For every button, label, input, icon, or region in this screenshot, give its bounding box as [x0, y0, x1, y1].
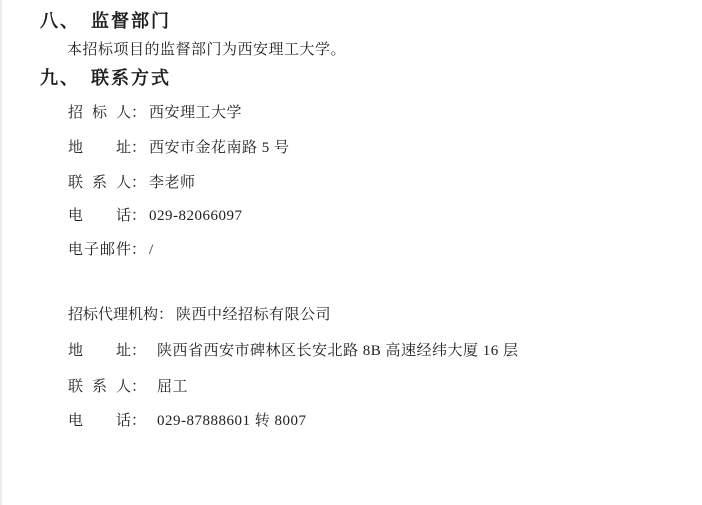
field-value: 西安市金花南路 5 号: [149, 138, 290, 158]
document-page: 八、 监督部门 本招标项目的监督部门为西安理工大学。 九、 联系方式 招标人：西…: [0, 0, 702, 505]
row-tenderer-name: 招标人：西安理工大学: [68, 103, 242, 123]
field-value: 西安理工大学: [149, 103, 242, 123]
colon-separator: ：: [131, 173, 146, 193]
colon-separator: ：: [131, 206, 146, 226]
field-label: 招标代理机构: [68, 305, 158, 325]
row-agency-address: 地址：陕西省西安市碑林区长安北路 8B 高速经纬大厦 16 层: [68, 341, 519, 361]
field-label: 地址: [68, 341, 131, 361]
row-agency-contact: 联系人：屈工: [68, 377, 188, 397]
colon-separator: ：: [158, 305, 173, 325]
row-agency-phone: 电话：029-87888601 转 8007: [68, 411, 307, 431]
field-label: 招标人: [68, 103, 131, 123]
row-tenderer-address: 地址：西安市金花南路 5 号: [68, 138, 290, 158]
field-label: 联系人: [68, 377, 131, 397]
colon-separator: ：: [131, 240, 146, 260]
field-value: 陕西省西安市碑林区长安北路 8B 高速经纬大厦 16 层: [157, 341, 519, 361]
colon-separator: ：: [131, 103, 146, 123]
field-label: 电话: [68, 411, 131, 431]
field-label: 电子邮件: [68, 240, 131, 260]
field-label: 联系人: [68, 173, 131, 193]
field-value: 陕西中经招标有限公司: [176, 305, 331, 325]
field-value: 029-87888601 转 8007: [157, 411, 307, 431]
colon-separator: ：: [131, 138, 146, 158]
row-agency-name: 招标代理机构：陕西中经招标有限公司: [68, 305, 331, 325]
colon-separator: ：: [131, 411, 146, 431]
field-value: /: [149, 240, 154, 260]
scan-edge-artifact: [0, 0, 2, 505]
colon-separator: ：: [131, 341, 146, 361]
row-tenderer-contact: 联系人：李老师: [68, 173, 196, 193]
row-tenderer-email: 电子邮件：/: [68, 240, 154, 260]
field-label: 电话: [68, 206, 131, 226]
field-label: 地址: [68, 138, 131, 158]
field-value: 屈工: [157, 377, 188, 397]
section-9-heading: 九、 联系方式: [40, 67, 171, 89]
colon-separator: ：: [131, 377, 146, 397]
section-8-body: 本招标项目的监督部门为西安理工大学。: [67, 40, 346, 60]
field-value: 李老师: [149, 173, 196, 193]
section-8-heading: 八、 监督部门: [40, 10, 171, 32]
field-value: 029-82066097: [149, 206, 243, 226]
row-tenderer-phone: 电话：029-82066097: [68, 206, 243, 226]
